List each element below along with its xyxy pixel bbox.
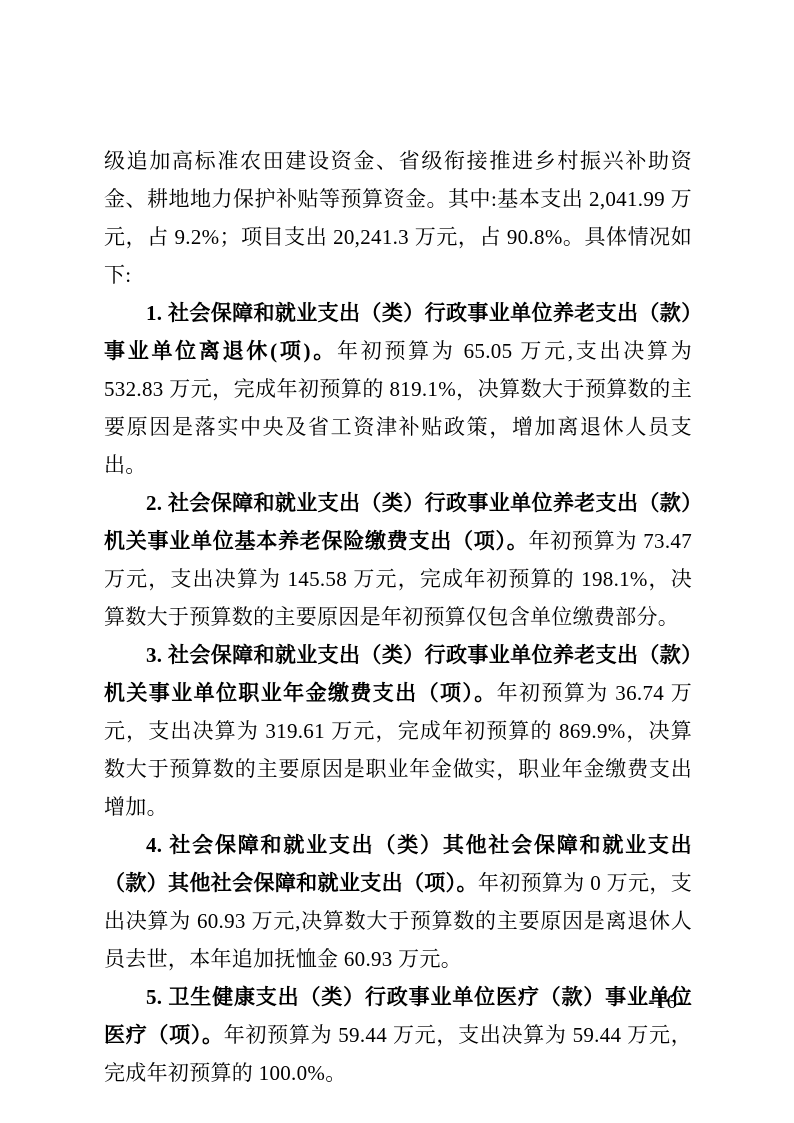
paragraph-item-1: 1. 社会保障和就业支出（类）行政事业单位养老支出（款）事业单位离退休(项)。年… xyxy=(104,294,692,484)
paragraph-item-4: 4. 社会保障和就业支出（类）其他社会保障和就业支出（款）其他社会保障和就业支出… xyxy=(104,826,692,978)
intro-continuation-text: 级追加高标准农田建设资金、省级衔接推进乡村振兴补助资金、耕地地力保护补贴等预算资… xyxy=(104,149,692,287)
paragraph-item-2: 2. 社会保障和就业支出（类）行政事业单位养老支出（款）机关事业单位基本养老保险… xyxy=(104,484,692,636)
paragraph-item-3: 3. 社会保障和就业支出（类）行政事业单位养老支出（款）机关事业单位职业年金缴费… xyxy=(104,636,692,826)
paragraph-intro-continuation: 级追加高标准农田建设资金、省级衔接推进乡村振兴补助资金、耕地地力保护补贴等预算资… xyxy=(104,142,692,294)
page-number: -16- xyxy=(648,991,685,1014)
document-page: 级追加高标准农田建设资金、省级衔接推进乡村振兴补助资金、耕地地力保护补贴等预算资… xyxy=(0,0,794,1123)
paragraph-item-5: 5. 卫生健康支出（类）行政事业单位医疗（款）事业单位医疗（项）。年初预算为 5… xyxy=(104,978,692,1092)
document-body: 级追加高标准农田建设资金、省级衔接推进乡村振兴补助资金、耕地地力保护补贴等预算资… xyxy=(104,142,692,1092)
